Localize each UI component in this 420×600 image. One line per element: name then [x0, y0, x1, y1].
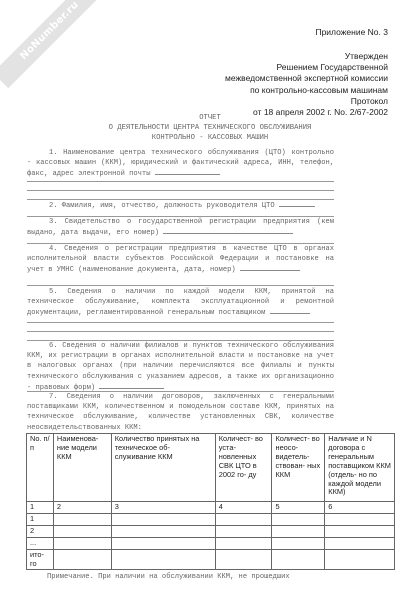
fill-line[interactable]: [27, 190, 334, 191]
column-number-row: 1 2 3 4 5 6: [27, 502, 395, 514]
section-text: Сведения о наличии филиалов и пунктов те…: [27, 342, 334, 392]
table-cell[interactable]: [111, 525, 215, 537]
row-number: 1: [27, 513, 54, 525]
fill-line[interactable]: [155, 168, 220, 175]
watermark: NoNumber.ru: [0, 0, 107, 88]
section-number: 6.: [49, 342, 58, 350]
header-cell: Количество принятых на техническое об- с…: [111, 434, 215, 502]
row-number: 2: [27, 525, 54, 537]
fill-line[interactable]: [27, 331, 334, 332]
table-row: ...: [27, 537, 395, 549]
table-row: 2: [27, 525, 395, 537]
section-6: 6. Сведения о наличии филиалов и пунктов…: [27, 341, 334, 393]
approval-line: Протокол: [225, 96, 388, 107]
section-5: 5. Сведения о наличии по каждой модели К…: [27, 287, 334, 319]
section-text: Фамилия, имя, отчество, должность руково…: [62, 202, 275, 210]
header-cell: No. п/п: [27, 434, 54, 502]
title-line: ОТЧЕТ: [0, 113, 420, 123]
note-text: Примечание. При наличии на обслуживании …: [47, 573, 290, 581]
column-number: 2: [53, 502, 111, 514]
section-4: 4. Сведения о регистрации предприятия в …: [27, 244, 334, 276]
table-cell[interactable]: [215, 537, 272, 549]
header-cell: Количест- во неосо- видетель- ствован- н…: [272, 434, 325, 502]
table-cell[interactable]: [53, 513, 111, 525]
table-cell[interactable]: [325, 525, 395, 537]
table-cell[interactable]: [325, 549, 395, 570]
fill-line[interactable]: [27, 322, 334, 323]
approval-line: межведомственной экспертной комиссии: [225, 73, 388, 84]
table-cell[interactable]: [215, 513, 272, 525]
table-cell[interactable]: [272, 549, 325, 570]
section-2: 2. Фамилия, имя, отчество, должность рук…: [27, 200, 334, 211]
table-cell[interactable]: [325, 537, 395, 549]
section-number: 7.: [49, 393, 58, 401]
table-cell[interactable]: [272, 525, 325, 537]
section-7: 7. Сведения о наличии договоров, заключе…: [27, 392, 334, 433]
table-cell[interactable]: [215, 525, 272, 537]
title-line: О ДЕЯТЕЛЬНОСТИ ЦЕНТРА ТЕХНИЧЕСКОГО ОБСЛУ…: [0, 123, 420, 133]
fill-line[interactable]: [240, 264, 300, 271]
table-cell[interactable]: [325, 513, 395, 525]
fill-line[interactable]: [27, 285, 334, 286]
fill-line[interactable]: [279, 200, 315, 207]
table-cell[interactable]: [53, 549, 111, 570]
section-3: 3. Свидетельство о государственной регис…: [27, 217, 334, 238]
table-row: 1: [27, 513, 395, 525]
header-cell: Наличие и N договора с генеральным поста…: [325, 434, 395, 502]
table-cell[interactable]: [111, 513, 215, 525]
header-cell: Количест- во уста- новленных СВК ЦТО в 2…: [215, 434, 272, 502]
table-header-row: No. п/п Наименова- ние модели ККМ Количе…: [27, 434, 395, 502]
approval-line: Утвержден: [225, 51, 388, 62]
table-cell[interactable]: [111, 537, 215, 549]
total-label: ито- го: [27, 549, 54, 570]
section-number: 4.: [49, 245, 58, 253]
document-title: ОТЧЕТ О ДЕЯТЕЛЬНОСТИ ЦЕНТРА ТЕХНИЧЕСКОГО…: [0, 113, 420, 143]
table-cell[interactable]: [272, 513, 325, 525]
section-number: 2.: [49, 202, 58, 210]
table-cell[interactable]: [53, 525, 111, 537]
approval-line: Решением Государственной: [225, 62, 388, 73]
column-number: 5: [272, 502, 325, 514]
fill-line[interactable]: [27, 181, 334, 182]
fill-line[interactable]: [99, 382, 164, 389]
kkm-table: No. п/п Наименова- ние модели ККМ Количе…: [26, 433, 395, 570]
table-cell[interactable]: [272, 537, 325, 549]
title-line: КОНТРОЛЬНО - КАССОВЫХ МАШИН: [0, 133, 420, 143]
approval-block: Утвержден Решением Государственной межве…: [225, 51, 388, 118]
table-total-row: ито- го: [27, 549, 395, 570]
column-number: 1: [27, 502, 54, 514]
header-cell: Наименова- ние модели ККМ: [53, 434, 111, 502]
section-number: 3.: [49, 218, 58, 226]
table-cell[interactable]: [53, 537, 111, 549]
approval-line: по контрольно-кассовым машинам: [225, 85, 388, 96]
fill-line[interactable]: [163, 227, 293, 234]
fill-line[interactable]: [270, 307, 310, 314]
section-number: 5.: [49, 288, 58, 296]
column-number: 4: [215, 502, 272, 514]
table-cell[interactable]: [111, 549, 215, 570]
section-1: 1. Наименование центра технического обсл…: [27, 148, 334, 180]
section-number: 1.: [49, 149, 58, 157]
table-cell[interactable]: [215, 549, 272, 570]
column-number: 3: [111, 502, 215, 514]
appendix-label: Приложение No. 3: [315, 27, 388, 37]
column-number: 6: [325, 502, 395, 514]
row-number: ...: [27, 537, 54, 549]
section-text: Сведения о наличии договоров, заключенны…: [27, 393, 334, 432]
